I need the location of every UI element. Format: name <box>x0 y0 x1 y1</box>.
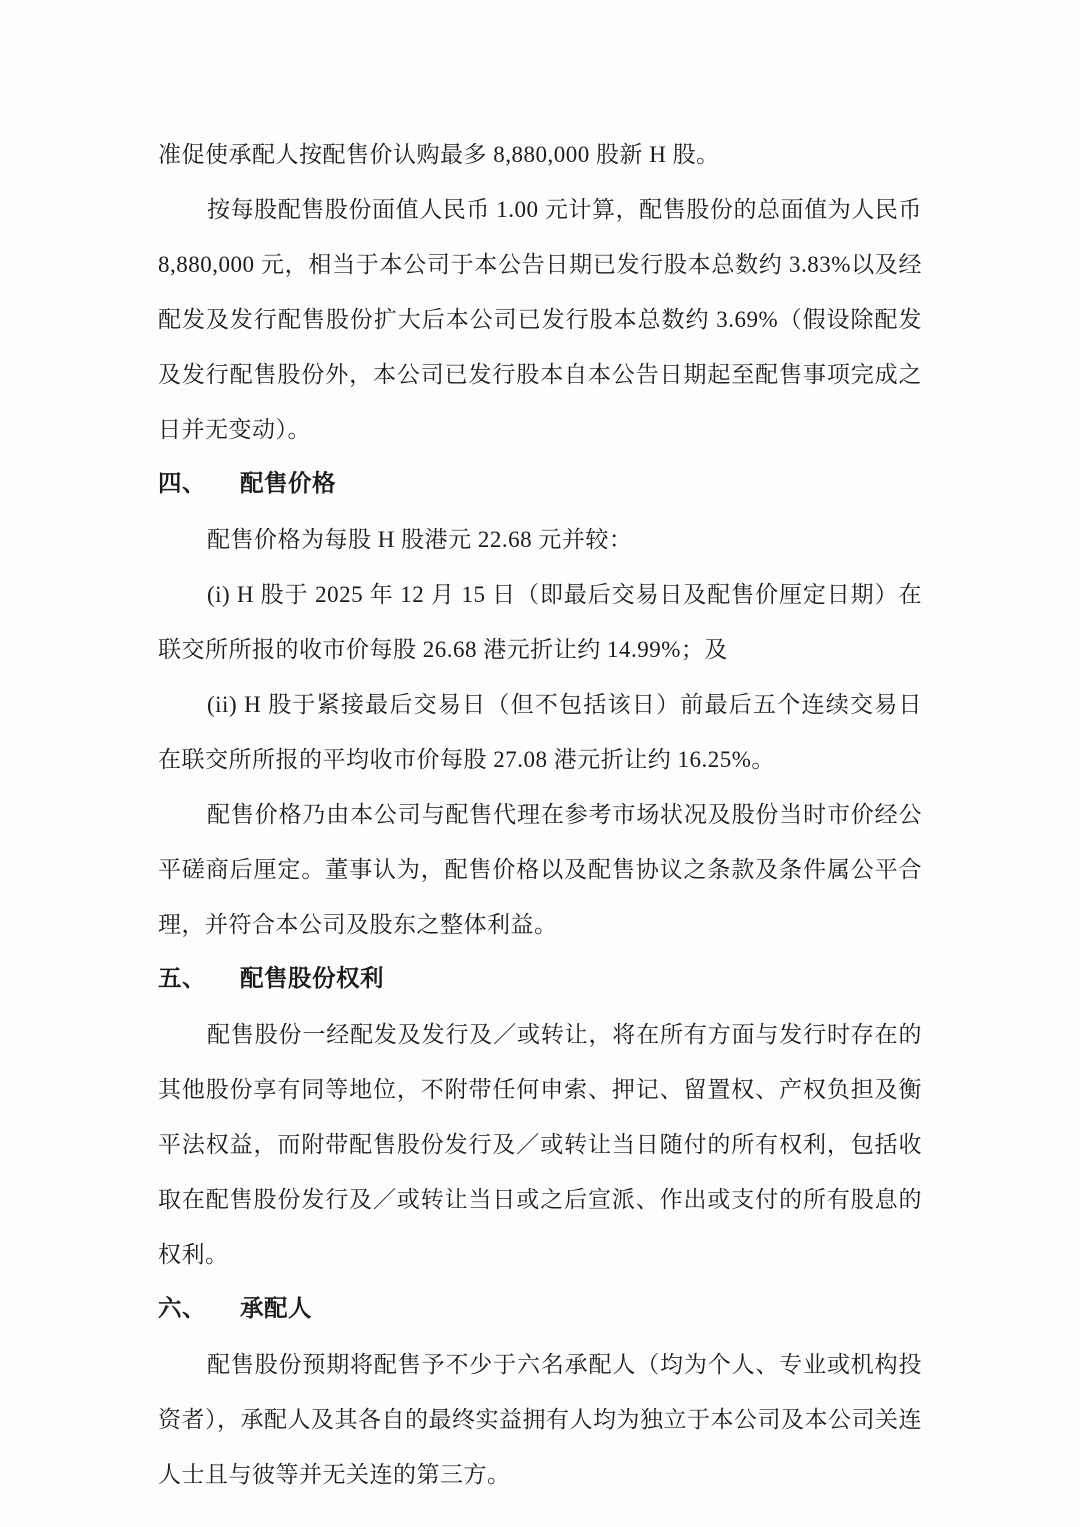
paragraph-par-value: 按每股配售股份面值人民币 1.00 元计算，配售股份的总面值为人民币 8,880… <box>158 182 922 457</box>
document-page: 准促使承配人按配售价认购最多 8,880,000 股新 H 股。 按每股配售股份… <box>0 0 1080 1527</box>
section-title: 承配人 <box>240 1296 312 1322</box>
paragraph-price-determination: 配售价格乃由本公司与配售代理在参考市场状况及股份当时市价经公平磋商后厘定。董事认… <box>158 787 922 952</box>
section-title: 配售价格 <box>240 471 336 497</box>
section-title: 配售股份权利 <box>240 966 384 992</box>
paragraph-placees: 配售股份预期将配售予不少于六名承配人（均为个人、专业或机构投资者），承配人及其各… <box>158 1337 922 1502</box>
section-number: 四、 <box>158 457 240 512</box>
section-heading-placees: 六、承配人 <box>158 1282 922 1337</box>
paragraph-discount-ii: (ii) H 股于紧接最后交易日（但不包括该日）前最后五个连续交易日在联交所所报… <box>158 677 922 787</box>
section-number: 六、 <box>158 1282 240 1337</box>
section-heading-placing-price: 四、配售价格 <box>158 457 922 512</box>
paragraph-discount-i: (i) H 股于 2025 年 12 月 15 日（即最后交易日及配售价厘定日期… <box>158 567 922 677</box>
paragraph-placing-price-intro: 配售价格为每股 H 股港元 22.68 元并较： <box>158 512 922 567</box>
section-number: 五、 <box>158 952 240 1007</box>
paragraph-continuation: 准促使承配人按配售价认购最多 8,880,000 股新 H 股。 <box>158 127 922 182</box>
section-heading-share-rights: 五、配售股份权利 <box>158 952 922 1007</box>
paragraph-share-rights: 配售股份一经配发及发行及／或转让，将在所有方面与发行时存在的其他股份享有同等地位… <box>158 1007 922 1282</box>
